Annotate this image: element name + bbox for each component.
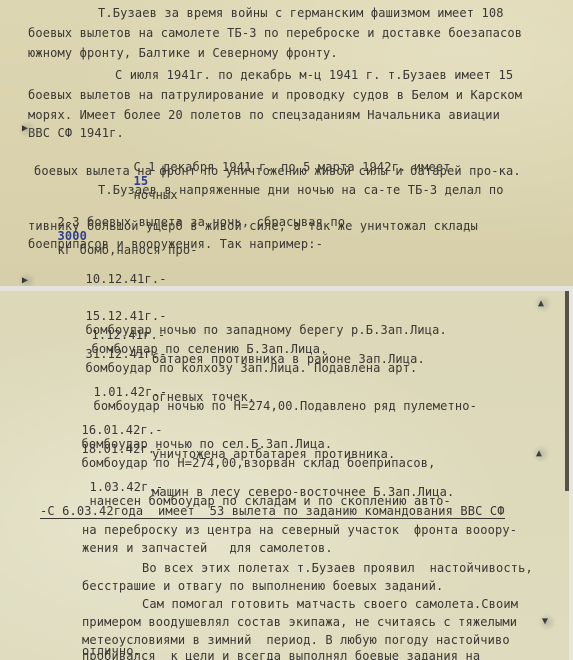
text-line: примером воодушевлял состав экипажа, не … (82, 615, 517, 629)
text-line: Во всех этих полетах т.Бузаев проявил на… (142, 561, 533, 575)
document-fragment-top: Т.Бузаев за время войны с германским фаш… (0, 0, 573, 286)
text-line: отлично. (82, 644, 141, 658)
text-line: бесстрашие и отвагу по выполнению боевых… (82, 579, 443, 593)
text-line: на переброску из центра на северный учас… (82, 523, 517, 537)
entry-continuation: машин в лесу северо-восточнее Б.Зап.Лица… (152, 485, 454, 499)
punch-hole-icon: ▲ (536, 449, 546, 459)
document-fragment-bottom: 15.12.41г.- бомбоудар ночью по западному… (0, 291, 573, 660)
text-line: боеприпасов и вооружения. Так например:- (28, 237, 323, 251)
text-line: Т.Бузаев за время войны с германским фаш… (98, 6, 504, 20)
text-line: тивнику большой ущерб в живой силе, а та… (28, 219, 478, 233)
text-line: боевых вылета на фронт по уничтожению жи… (34, 164, 521, 178)
entry-continuation: живой силой противника. (152, 285, 308, 286)
text-line: жения и запчастей для самолетов. (82, 541, 333, 555)
punch-hole-icon: ▶ (22, 276, 32, 286)
text-line: С июля 1941г. по декабрь м-ц 1941 г. т.Б… (115, 68, 513, 82)
text-line: Т.Бузаев в напряженные дни ночью на са-т… (98, 183, 504, 197)
text-line: Сам помогал готовить матчасть своего сам… (142, 597, 518, 611)
punch-hole-icon: ▲ (538, 299, 548, 309)
entry-continuation: огневых точек. (152, 390, 255, 404)
text-line: -С 6.03.42года имеет 53 вылета по задани… (40, 504, 505, 519)
page-edge-shadow (565, 291, 569, 491)
entry-continuation: уничтожена артбатарея противника. (152, 447, 395, 461)
text-line: боевых вылетов на самолете ТБ-3 по переб… (28, 26, 522, 40)
page-edge (569, 291, 573, 660)
punch-hole-icon: ▶ (22, 124, 32, 134)
entry-continuation: батарея противника в районе Зап.Лица. (152, 352, 425, 366)
text-line: боевых вылетов на патрулирование и прово… (28, 88, 522, 102)
text-line: южному фронту, Балтике и Северному фронт… (28, 46, 338, 60)
text-line: ВВС СФ 1941г. (28, 126, 124, 140)
text-line: морях. Имеет более 20 полетов по спецзад… (28, 108, 500, 122)
text-line: метеоусловиями в зимний период. В любую … (82, 633, 510, 647)
entry-date: 18.01.42г.- (82, 442, 163, 456)
text-line: пробивался к цели и всегда выполнял боев… (82, 649, 480, 660)
punch-hole-icon: ▼ (542, 617, 552, 627)
